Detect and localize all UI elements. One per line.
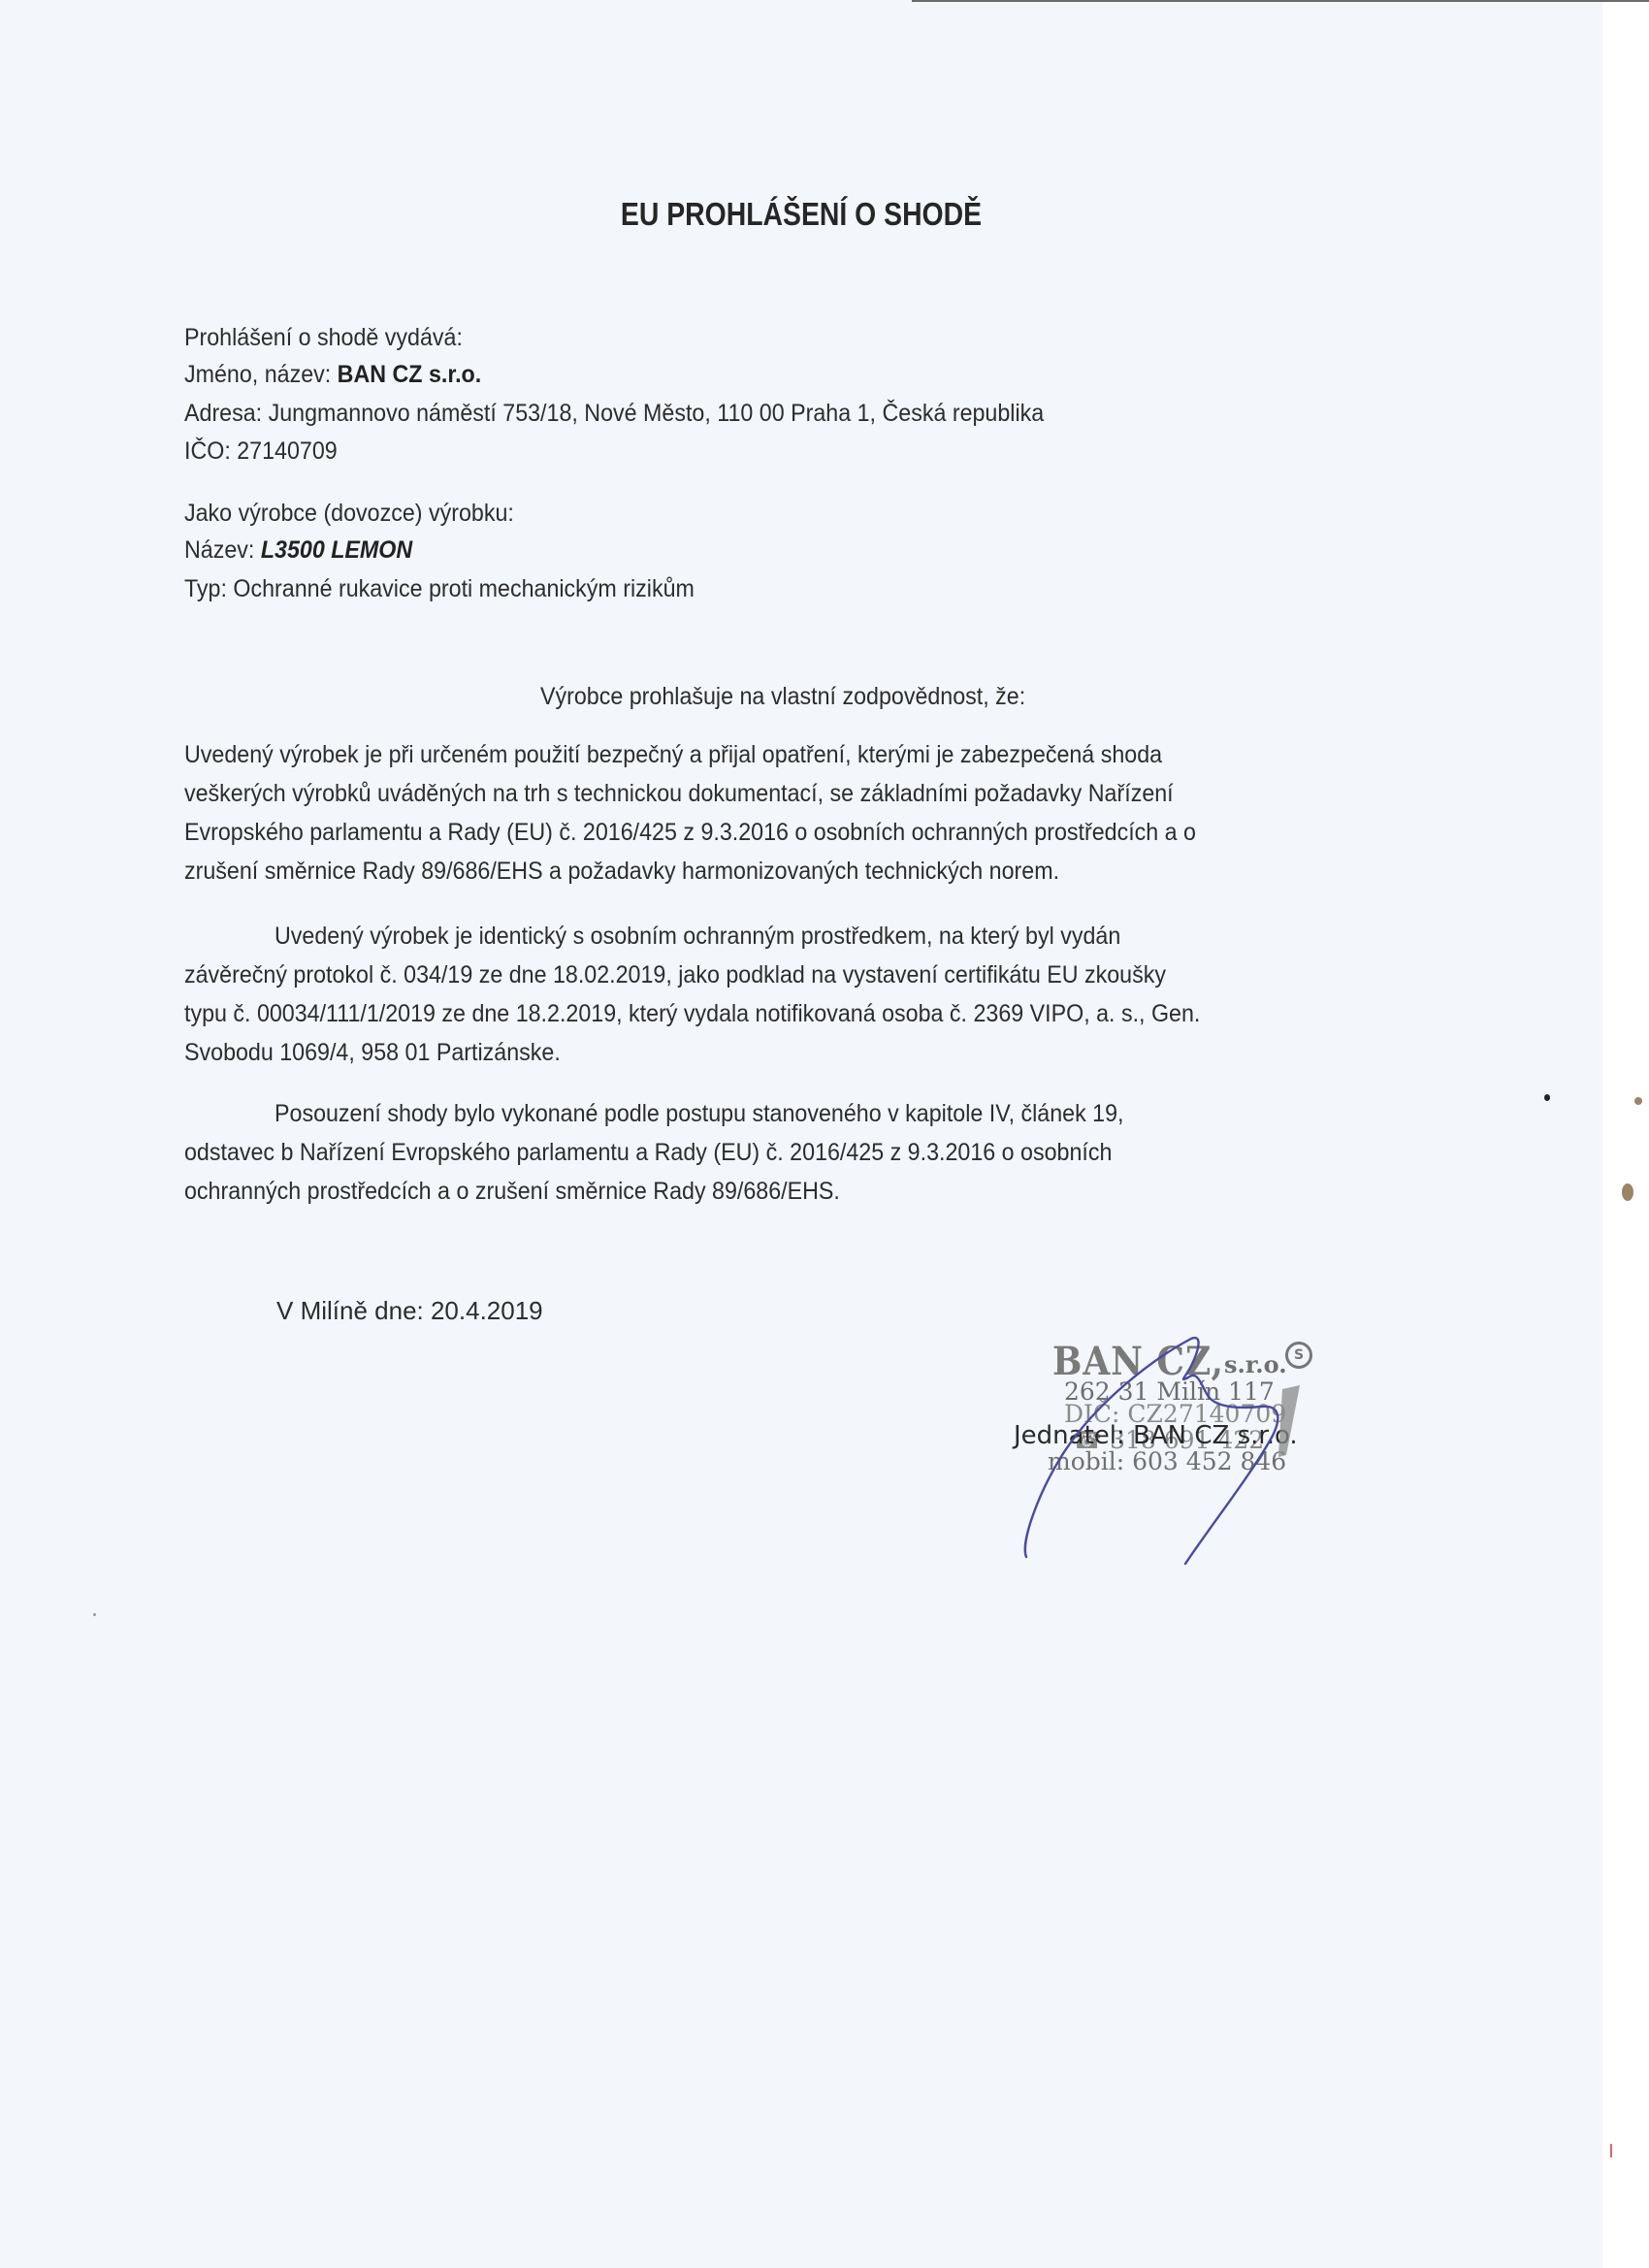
product-name: Název: L3500 LEMON [184,535,412,565]
paragraph-line: zrušení směrnice Rady 89/686/EHS a požad… [184,857,1059,886]
issuer-heading: Prohlášení o shodě vydává: [184,323,463,352]
scan-edge-line [912,0,1649,2]
scan-speck [1544,1094,1550,1101]
paragraph-line: Evropského parlamentu a Rady (EU) č. 201… [184,818,1196,847]
product-type: Typ: Ochranné rukavice proti mechanickým… [184,574,695,603]
paragraph-line: veškerých výrobků uváděných na trh s tec… [184,779,1174,808]
stamp-mobile: mobil: 603 452 846 [1048,1447,1286,1475]
issuer-name-label: Jméno, název: [184,361,338,388]
signatory-label: Jednatel: BAN CZ s.r.o. [1014,1421,1298,1450]
paragraph-line: typu č. 00034/111/1/2019 ze dne 18.2.201… [184,999,1200,1028]
scan-speck [1622,1183,1633,1201]
paragraph-line: odstavec b Nařízení Evropského parlament… [184,1138,1112,1167]
declaration-intro: Výrobce prohlašuje na vlastní zodpovědno… [0,682,1602,711]
paragraph-line: závěrečný protokol č. 034/19 ze dne 18.0… [184,960,1166,989]
product-name-value: L3500 LEMON [261,536,412,564]
paragraph-line: Uvedený výrobek je identický s osobním o… [275,922,1120,951]
scan-speck [1634,1097,1642,1105]
stamp-registered-mark-icon: S [1285,1342,1312,1369]
scan-speck [93,1613,96,1616]
place-date: V Milíně dne: 20.4.2019 [276,1296,543,1325]
scan-margin [1602,0,1649,2268]
paragraph-line: Svobodu 1069/4, 958 01 Partizánske. [184,1038,561,1067]
paragraph-line: ochranných prostředcích a o zrušení směr… [184,1177,840,1206]
declaration-intro-text: Výrobce prohlašuje na vlastní zodpovědno… [540,682,1025,711]
product-name-label: Název: [184,536,261,564]
issuer-ico: IČO: 27140709 [184,437,338,466]
paragraph-line: Uvedený výrobek je při určeném použití b… [184,740,1162,769]
issuer-name-value: BAN CZ s.r.o. [338,361,482,388]
document-title: EU PROHLÁŠENÍ O SHODĚ [113,196,1491,233]
scan-speck [1610,2144,1612,2157]
issuer-name: Jméno, název: BAN CZ s.r.o. [184,360,481,389]
issuer-address: Adresa: Jungmannovo náměstí 753/18, Nové… [184,399,1044,428]
paragraph-line: Posouzení shody bylo vykonané podle post… [275,1099,1124,1128]
stamp-suffix: s.r.o. [1224,1350,1287,1378]
product-heading: Jako výrobce (dovozce) výrobku: [184,499,514,528]
